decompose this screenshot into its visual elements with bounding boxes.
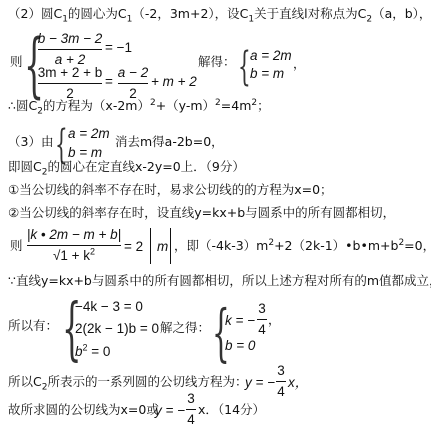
tangent-eq-x: x，: [288, 376, 308, 390]
fraction-bar: [276, 381, 286, 382]
text: = 0: [91, 344, 110, 359]
text: +（y-m）: [156, 98, 215, 113]
fraction-bar: [38, 49, 102, 50]
eq2-tail: + m + 2: [151, 75, 197, 89]
text: 的圆心为C: [68, 6, 127, 21]
text: ∴圆C: [8, 98, 37, 113]
final-eq-lhs: y = −: [155, 404, 185, 418]
fraction-bar: [38, 83, 102, 84]
numerator: 3: [258, 302, 266, 316]
radicand: 1 + k: [60, 248, 90, 263]
text: 所以C: [8, 374, 42, 389]
denominator: 4: [187, 413, 195, 427]
numerator: |k • 2m − m + b|: [27, 228, 121, 242]
text: （2）圆C: [8, 6, 62, 21]
distance-tail: ，即（-4k-3）m2+2（2k-1）•b•m+b2=0，: [174, 240, 431, 253]
abs-m: m: [157, 240, 168, 254]
then-label: 则: [10, 240, 23, 253]
text: 关于直线l对称点为C: [254, 6, 366, 21]
distance-fraction: |k • 2m − m + b| √1 + k2: [27, 228, 121, 262]
left-brace: {: [212, 296, 230, 369]
final-fraction: 3 4: [186, 392, 196, 426]
circle-equation: ∴圆C2的方程为（x-2m）2+（y-m）2=4m2；: [8, 100, 270, 113]
text: 所表示的一系列圆的公切线方程为：: [47, 374, 247, 389]
eliminate-text: 消去m得a-2b=0，: [115, 136, 224, 149]
numerator: b − 3m − 2: [38, 32, 103, 46]
numerator: a − 2: [118, 66, 148, 80]
case-2: ②当公切线的斜率存在时，设直线y=kx+b与圆系中的所有圆都相切，: [8, 207, 395, 220]
fraction-bar: [27, 245, 121, 246]
eq1-fraction: b − 3m − 2 a + 2: [38, 32, 102, 66]
part2-intro: （2）圆C1的圆心为C1（-2，3m+2），设C1关于直线l对称点为C2（a，b…: [8, 8, 431, 21]
k-solution: k = −: [225, 314, 255, 328]
eq2-equals: =: [105, 75, 113, 89]
comma: ，: [268, 314, 281, 327]
center-line: 即圆C2的圆心在定直线x-2y=0上．（9分）: [8, 161, 245, 174]
final-line: 故所求圆的公切线为x=0或: [8, 404, 159, 417]
eq2-right-fraction: a − 2 2: [118, 66, 148, 100]
text: +2（2k-1）•b•m+b: [274, 238, 398, 253]
solve-label: 解之得：: [160, 322, 210, 335]
system-a: a = 2m: [68, 127, 110, 141]
tangent-fraction: 3 4: [276, 364, 286, 398]
solution-a: a = 2m: [250, 49, 292, 63]
coef-eq3: b2 = 0: [75, 345, 110, 359]
superscript: 2: [83, 343, 88, 353]
solve-label: 解得：: [198, 56, 236, 69]
denominator: √1 + k2: [53, 249, 95, 263]
because-line: ∵直线y=kx+b与圆系中的所有圆都相切，所以上述方程对所有的m值都成立，: [8, 275, 431, 288]
text: =0，: [404, 238, 431, 253]
fraction-bar: [186, 409, 196, 410]
conclusion-line: 所以C2所表示的一系列圆的公切线方程为：: [8, 376, 247, 389]
numerator: 3: [187, 392, 195, 406]
abs-bar-right: [170, 228, 171, 264]
comma: ，: [293, 58, 306, 71]
part3-label: （3）由: [8, 136, 53, 149]
fraction-bar: [257, 319, 267, 320]
case-1: ①当公切线的斜率不存在时，易求公切线的的方程为x=0；: [8, 184, 333, 197]
text: 的方程为（x-2m）: [43, 98, 150, 113]
distance-equals: = 2: [124, 240, 143, 254]
text: b: [75, 344, 83, 359]
left-brace: {: [238, 44, 251, 90]
tangent-eq-lhs: y = −: [245, 376, 275, 390]
eq2-fraction: 3m + 2 + b 2: [38, 66, 102, 100]
text: 即圆C: [8, 159, 42, 174]
text: ，即（-4k-3）m: [174, 238, 268, 253]
text: 的圆心在定直线x-2y=0上．（9分）: [47, 159, 244, 174]
text: （a，b），: [372, 6, 431, 21]
denominator: a + 2: [55, 53, 85, 67]
k-fraction: 3 4: [257, 302, 267, 336]
text: ；: [257, 98, 270, 113]
eq1-rhs: = −1: [105, 41, 132, 55]
final-eq-tail: x．（14分）: [198, 404, 265, 417]
text: （-2，3m+2），设C: [132, 6, 248, 21]
text: =4m: [221, 98, 252, 113]
superscript: 2: [90, 246, 95, 256]
numerator: 3m + 2 + b: [38, 66, 103, 80]
so-have-label: 所以有：: [8, 320, 58, 333]
denominator: 4: [258, 323, 266, 337]
fraction-bar: [118, 83, 148, 84]
coef-eq2: 2(2k − 1)b = 0: [75, 322, 159, 336]
coef-eq1: −4k − 3 = 0: [75, 300, 143, 314]
numerator: 3: [277, 364, 285, 378]
system-b: b = m: [68, 146, 102, 160]
denominator: 4: [277, 385, 285, 399]
solution-b: b = m: [250, 67, 284, 81]
abs-bar-left: [150, 228, 151, 264]
b-solution: b = 0: [225, 339, 255, 353]
then-label: 则: [10, 56, 23, 69]
